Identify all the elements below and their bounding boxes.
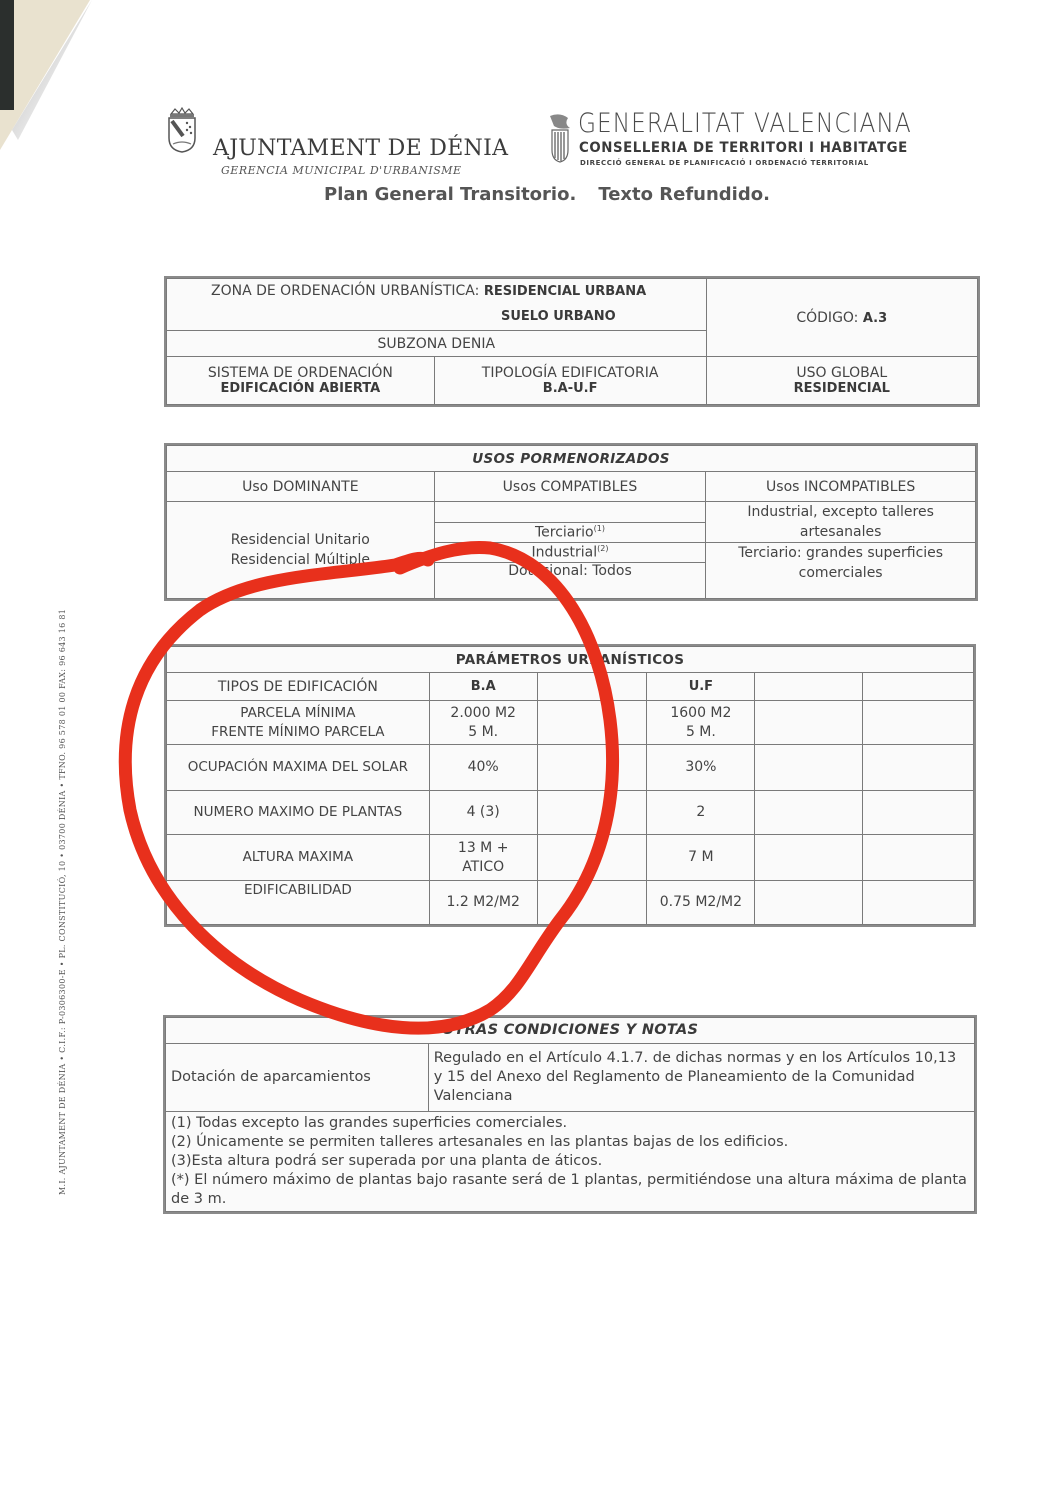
- parametro-ba-value: 2.000 M25 M.: [429, 701, 537, 745]
- uso-global-label: USO GLOBAL: [711, 365, 973, 381]
- condiciones-title: OTRAS CONDICIONES Y NOTAS: [166, 1018, 975, 1044]
- generalitat-title: GENERALITAT VALENCIANA: [578, 108, 912, 139]
- codigo-value: A.3: [863, 311, 887, 326]
- parametro-ba-value-line: 13 M +: [434, 839, 533, 858]
- uso-compatible-item: [434, 502, 706, 523]
- uso-global-value: RESIDENCIAL: [711, 381, 973, 396]
- note: (2) Únicamente se permiten talleres arte…: [171, 1133, 969, 1152]
- parametro-label-line: ALTURA MAXIMA: [171, 848, 425, 867]
- uso-global-cell: USO GLOBAL RESIDENCIAL: [706, 357, 977, 405]
- footnote-ref: (2): [597, 544, 608, 553]
- parametro-empty: [863, 791, 974, 835]
- usos-header: Usos COMPATIBLES: [434, 472, 706, 502]
- tipologia-label: TIPOLOGÍA EDIFICATORIA: [439, 365, 702, 381]
- parametros-header: [755, 673, 863, 701]
- parametro-uf-value: 7 M: [647, 835, 755, 881]
- zona-cell: ZONA DE ORDENACIÓN URBANÍSTICA: RESIDENC…: [167, 279, 707, 331]
- usos-header: Uso DOMINANTE: [167, 472, 435, 502]
- parametro-uf-value-line: 0.75 M2/M2: [651, 893, 750, 912]
- parametro-label-line: EDIFICABILIDAD: [171, 881, 425, 900]
- parametro-empty: [863, 701, 974, 745]
- tipologia-value: B.A-U.F: [439, 381, 702, 396]
- municipal-crest-icon: [165, 106, 199, 154]
- parametro-label-line: PARCELA MÍNIMA: [171, 704, 425, 723]
- parametro-label-line: NUMERO MAXIMO DE PLANTAS: [171, 803, 425, 822]
- ajuntament-subtitle: GERENCIA MUNICIPAL D'URBANISME: [221, 164, 462, 177]
- zona-value: RESIDENCIAL URBANA: [484, 284, 646, 299]
- plan-title-part1: Plan General Transitorio.: [324, 184, 576, 205]
- parametro-empty: [537, 701, 647, 745]
- codigo-label: CÓDIGO:: [796, 310, 858, 326]
- parametro-empty: [537, 791, 647, 835]
- parametros-row: OCUPACIÓN MAXIMA DEL SOLAR40%30%: [167, 745, 974, 791]
- parametro-empty: [755, 881, 863, 925]
- generalitat-emblem-icon: [546, 112, 574, 164]
- parametro-empty: [755, 745, 863, 791]
- note: (*) El número máximo de plantas bajo ras…: [171, 1171, 969, 1209]
- uso-dominante-cell: Residencial Unitario Residencial Múltipl…: [167, 502, 435, 599]
- parametro-ba-value: 4 (3): [429, 791, 537, 835]
- parametro-ba-value-line: 4 (3): [434, 803, 533, 822]
- parametro-uf-value-line: 30%: [651, 758, 750, 777]
- parametro-empty: [755, 835, 863, 881]
- note: (3)Esta altura podrá ser superada por un…: [171, 1152, 969, 1171]
- parametro-empty: [755, 701, 863, 745]
- parametro-uf-value: 1600 M25 M.: [647, 701, 755, 745]
- parametro-label-line: FRENTE MÍNIMO PARCELA: [171, 723, 425, 742]
- parametro-empty: [863, 745, 974, 791]
- conselleria-title: CONSELLERIA DE TERRITORI I HABITATGE: [579, 140, 908, 156]
- parametros-header: TIPOS DE EDIFICACIÓN: [167, 673, 430, 701]
- parametro-uf-value-line: 5 M.: [651, 723, 750, 742]
- parametro-uf-value: 30%: [647, 745, 755, 791]
- note: (1) Todas excepto las grandes superficie…: [171, 1114, 969, 1133]
- uso-compatible-item: Industrial(2): [434, 543, 706, 563]
- parametro-uf-value-line: 2: [651, 803, 750, 822]
- parametros-row: PARCELA MÍNIMAFRENTE MÍNIMO PARCELA2.000…: [167, 701, 974, 745]
- parametro-ba-value: 40%: [429, 745, 537, 791]
- parametro-label: PARCELA MÍNIMAFRENTE MÍNIMO PARCELA: [167, 701, 430, 745]
- parametro-empty: [537, 835, 647, 881]
- parametro-empty: [537, 881, 647, 925]
- suelo-value: SUELO URBANO: [167, 304, 706, 330]
- ajuntament-title: AJUNTAMENT DE DÉNIA: [213, 136, 508, 161]
- uso-dominante-item: Residencial Múltiple: [171, 550, 430, 570]
- condiciones-table: OTRAS CONDICIONES Y NOTAS Dotación de ap…: [165, 1017, 975, 1212]
- sistema-value: EDIFICACIÓN ABIERTA: [171, 381, 430, 396]
- compatible-label: Terciario: [535, 525, 594, 541]
- plan-title-part2: Texto Refundido.: [598, 184, 770, 205]
- parametro-label: NUMERO MAXIMO DE PLANTAS: [167, 791, 430, 835]
- parametro-ba-value-line: 40%: [434, 758, 533, 777]
- parametro-empty: [537, 745, 647, 791]
- parametros-header: [537, 673, 647, 701]
- aparcamientos-value: Regulado en el Artículo 4.1.7. de dichas…: [428, 1044, 974, 1112]
- subzona-cell: SUBZONA DENIA: [167, 331, 707, 357]
- parametros-row: ALTURA MAXIMA13 M +ATICO7 M: [167, 835, 974, 881]
- uso-incompatible-item: Terciario: grandes superficies comercial…: [706, 543, 976, 599]
- compatible-label: Industrial: [531, 545, 597, 561]
- parametro-label-line: OCUPACIÓN MAXIMA DEL SOLAR: [171, 758, 425, 777]
- parametros-header: [863, 673, 974, 701]
- parametros-header: U.F: [647, 673, 755, 701]
- parametros-row: NUMERO MAXIMO DE PLANTAS4 (3)2: [167, 791, 974, 835]
- direccio-subtitle: DIRECCIÓ GENERAL DE PLANIFICACIÓ I ORDEN…: [580, 159, 869, 167]
- parametros-row: EDIFICABILIDAD1.2 M2/M20.75 M2/M2: [167, 881, 974, 925]
- parametro-uf-value-line: 1600 M2: [651, 704, 750, 723]
- sistema-label: SISTEMA DE ORDENACIÓN: [171, 365, 430, 381]
- parametro-ba-value-line: 2.000 M2: [434, 704, 533, 723]
- parametro-uf-value-line: 7 M: [651, 848, 750, 867]
- aparcamientos-label: Dotación de aparcamientos: [166, 1044, 429, 1112]
- zona-table: ZONA DE ORDENACIÓN URBANÍSTICA: RESIDENC…: [166, 278, 978, 405]
- usos-table: USOS PORMENORIZADOS Uso DOMINANTE Usos C…: [166, 445, 976, 599]
- usos-header: Usos INCOMPATIBLES: [706, 472, 976, 502]
- parametro-empty: [863, 881, 974, 925]
- sistema-cell: SISTEMA DE ORDENACIÓN EDIFICACIÓN ABIERT…: [167, 357, 435, 405]
- parametro-label: OCUPACIÓN MAXIMA DEL SOLAR: [167, 745, 430, 791]
- codigo-cell: CÓDIGO: A.3: [706, 279, 977, 357]
- usos-title: USOS PORMENORIZADOS: [167, 446, 976, 472]
- tipologia-cell: TIPOLOGÍA EDIFICATORIA B.A-U.F: [434, 357, 706, 405]
- uso-incompatible-item: Industrial, excepto talleres artesanales: [706, 502, 976, 543]
- zona-label: ZONA DE ORDENACIÓN URBANÍSTICA:: [211, 283, 479, 299]
- parametro-empty: [755, 791, 863, 835]
- parametros-header: B.A: [429, 673, 537, 701]
- parametro-empty: [863, 835, 974, 881]
- parametro-ba-value: 13 M +ATICO: [429, 835, 537, 881]
- parametros-table: PARÁMETROS URBANÍSTICOS TIPOS DE EDIFICA…: [166, 646, 974, 925]
- parametro-ba-value-line: 1.2 M2/M2: [434, 893, 533, 912]
- scanner-edge: [0, 0, 14, 110]
- parametro-label: ALTURA MAXIMA: [167, 835, 430, 881]
- notes-cell: (1) Todas excepto las grandes superficie…: [166, 1112, 975, 1212]
- parametros-title: PARÁMETROS URBANÍSTICOS: [167, 647, 974, 673]
- parametro-ba-value-line: ATICO: [434, 858, 533, 877]
- parametro-uf-value: 0.75 M2/M2: [647, 881, 755, 925]
- footnote-ref: (1): [594, 524, 605, 533]
- uso-compatible-item: Terciario(1): [434, 522, 706, 543]
- parametro-ba-value-line: 5 M.: [434, 723, 533, 742]
- parametro-label: EDIFICABILIDAD: [167, 881, 430, 925]
- parametro-ba-value: 1.2 M2/M2: [429, 881, 537, 925]
- parametro-uf-value: 2: [647, 791, 755, 835]
- uso-dominante-item: Residencial Unitario: [171, 530, 430, 550]
- sidebar-contact-text: M.I. AJUNTAMENT DE DÉNIA • C.I.F.: P-030…: [58, 609, 67, 1195]
- plan-title: Plan General Transitorio.Texto Refundido…: [324, 184, 770, 205]
- uso-compatible-item: Dotacional: Todos: [434, 563, 706, 599]
